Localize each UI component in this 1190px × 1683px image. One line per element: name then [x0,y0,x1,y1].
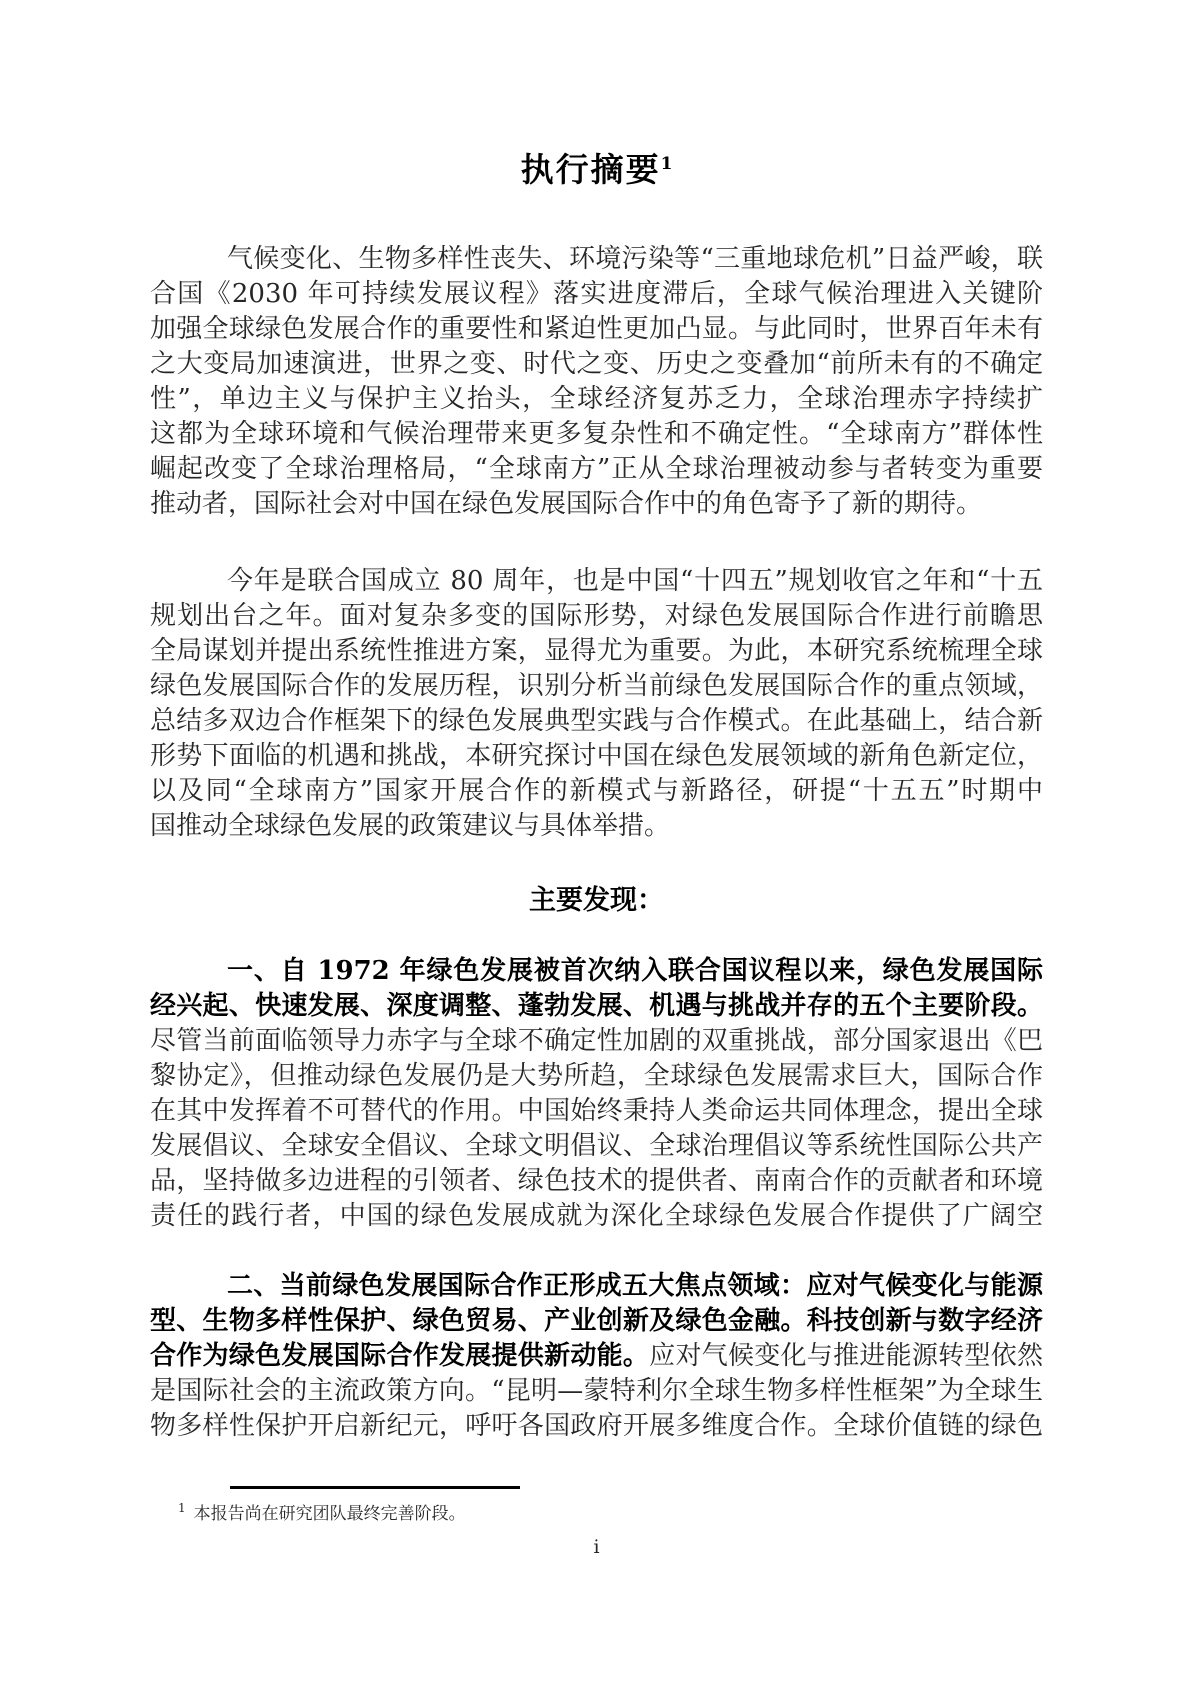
footnote: 1本报告尚在研究团队最终完善阶段。 [150,1501,1043,1527]
text-line: 崛起改变了全球治理格局，“全球南方”正从全球治理被动参与者转变为重要 [150,452,1043,487]
text-line: 形势下面临的机遇和挑战，本研究探讨中国在绿色发展领域的新角色新定位， [150,739,1043,774]
footnote-text: 本报告尚在研究团队最终完善阶段。 [194,1504,466,1524]
text-line: 二、当前绿色发展国际合作正形成五大焦点领域：应对气候变化与能源转 [150,1269,1043,1304]
bold-text-segment: 合作为绿色发展国际合作发展提供新动能。 [150,1341,649,1371]
text-line: 黎协定》，但推动绿色发展仍是大势所趋，全球绿色发展需求巨大，国际合作 [150,1059,1043,1094]
page-number: i [150,1534,1043,1560]
bold-text-segment: 经兴起、快速发展、深度调整、蓬勃发展、机遇与挑战并存的五个主要阶段。 [150,991,1043,1021]
text-segment: 总结多双边合作框架下的绿色发展典型实践与合作模式。在此基础上，结合新 [150,706,1043,736]
text-segment: 崛起改变了全球治理格局，“全球南方”正从全球治理被动参与者转变为重要 [150,454,1043,484]
document-page: { "title": { "text": "执行摘要", "footnote_r… [0,0,1190,1683]
text-line: 品，坚持做多边进程的引领者、绿色技术的提供者、南南合作的贡献者和环境 [150,1164,1043,1199]
text-line: 规划出台之年。面对复杂多变的国际形势，对绿色发展国际合作进行前瞻思考、 [150,599,1043,634]
bold-text-segment: 二、当前绿色发展国际合作正形成五大焦点领域：应对气候变化与能源转 [150,1271,1043,1304]
text-segment: 物多样性保护开启新纪元，呼吁各国政府开展多维度合作。全球价值链的绿色 [150,1411,1043,1441]
text-line: 性”，单边主义与保护主义抬头，全球经济复苏乏力，全球治理赤字持续扩大， [150,382,1043,417]
text-line: 绿色发展国际合作的发展历程，识别分析当前绿色发展国际合作的重点领域， [150,669,1043,704]
text-line: 物多样性保护开启新纪元，呼吁各国政府开展多维度合作。全球价值链的绿色 [150,1409,1043,1444]
text-segment: 发展倡议、全球安全倡议、全球文明倡议、全球治理倡议等系统性国际公共产 [150,1131,1043,1161]
bold-text-segment: 型、生物多样性保护、绿色贸易、产业创新及绿色金融。科技创新与数字经济 [150,1306,1043,1336]
text-segment: 黎协定》，但推动绿色发展仍是大势所趋，全球绿色发展需求巨大，国际合作 [150,1061,1043,1091]
text-line: 推动者，国际社会对中国在绿色发展国际合作中的角色寄予了新的期待。 [150,487,1043,522]
text-segment: 绿色发展国际合作的发展历程，识别分析当前绿色发展国际合作的重点领域， [150,671,1043,701]
text-segment: 尽管当前面临领导力赤字与全球不确定性加剧的双重挑战，部分国家退出《巴 [150,1026,1043,1056]
text-segment: 今年是联合国成立 80 周年，也是中国“十四五”规划收官之年和“十五五” [150,566,1043,599]
text-line: 全局谋划并提出系统性推进方案，显得尤为重要。为此，本研究系统梳理全球 [150,634,1043,669]
text-line: 今年是联合国成立 80 周年，也是中国“十四五”规划收官之年和“十五五” [150,564,1043,599]
text-line: 合作为绿色发展国际合作发展提供新动能。应对气候变化与推进能源转型依然 [150,1339,1043,1374]
text-line: 尽管当前面临领导力赤字与全球不确定性加剧的双重挑战，部分国家退出《巴 [150,1024,1043,1059]
text-line: 经兴起、快速发展、深度调整、蓬勃发展、机遇与挑战并存的五个主要阶段。 [150,989,1043,1024]
text-line: 国推动全球绿色发展的政策建议与具体举措。 [150,809,1043,844]
paragraph-finding-2: 二、当前绿色发展国际合作正形成五大焦点领域：应对气候变化与能源转型、生物多样性保… [150,1269,1043,1444]
text-segment: 规划出台之年。面对复杂多变的国际形势，对绿色发展国际合作进行前瞻思考、 [150,601,1043,634]
text-line: 是国际社会的主流政策方向。“昆明—蒙特利尔全球生物多样性框架”为全球生 [150,1374,1043,1409]
paragraph-intro-research: 今年是联合国成立 80 周年，也是中国“十四五”规划收官之年和“十五五”规划出台… [150,564,1043,844]
text-line: 发展倡议、全球安全倡议、全球文明倡议、全球治理倡议等系统性国际公共产 [150,1129,1043,1164]
text-segment: 以及同“全球南方”国家开展合作的新模式与新路径，研提“十五五”时期中 [150,776,1043,806]
text-line: 责任的践行者，中国的绿色发展成就为深化全球绿色发展合作提供了广阔空间。 [150,1199,1043,1234]
paragraph-finding-1: 一、自 1972 年绿色发展被首次纳入联合国议程以来，绿色发展国际合作历经兴起、… [150,954,1043,1234]
text-line: 在其中发挥着不可替代的作用。中国始终秉持人类命运共同体理念，提出全球 [150,1094,1043,1129]
text-segment: 气候变化、生物多样性丧失、环境污染等“三重地球危机”日益严峻，联 [227,244,1043,274]
page-title: 执行摘要1 [150,149,1043,191]
key-findings-heading: 主要发现： [150,883,1043,918]
text-line: 之大变局加速演进，世界之变、时代之变、历史之变叠加“前所未有的不确定 [150,347,1043,382]
footnote-separator [230,1486,520,1489]
title-footnote-ref: 1 [661,154,673,174]
text-line: 气候变化、生物多样性丧失、环境污染等“三重地球危机”日益严峻，联 [150,242,1043,277]
footnote-marker: 1 [178,1501,186,1515]
text-segment: 形势下面临的机遇和挑战，本研究探讨中国在绿色发展领域的新角色新定位， [150,741,1043,771]
text-segment: 全局谋划并提出系统性推进方案，显得尤为重要。为此，本研究系统梳理全球 [150,636,1043,666]
text-segment: 这都为全球环境和气候治理带来更多复杂性和不确定性。“全球南方”群体性 [150,419,1043,449]
text-segment: 国推动全球绿色发展的政策建议与具体举措。 [150,811,670,841]
text-segment: 合国《2030 年可持续发展议程》落实进度滞后，全球气候治理进入关键阶段， [150,279,1043,312]
text-line: 合国《2030 年可持续发展议程》落实进度滞后，全球气候治理进入关键阶段， [150,277,1043,312]
text-line: 一、自 1972 年绿色发展被首次纳入联合国议程以来，绿色发展国际合作历 [150,954,1043,989]
page-title-text: 执行摘要 [521,150,661,189]
text-segment: 品，坚持做多边进程的引领者、绿色技术的提供者、南南合作的贡献者和环境 [150,1166,1043,1196]
text-segment: 应对气候变化与推进能源转型依然 [649,1341,1043,1371]
text-segment: 推动者，国际社会对中国在绿色发展国际合作中的角色寄予了新的期待。 [150,489,982,519]
text-segment: 在其中发挥着不可替代的作用。中国始终秉持人类命运共同体理念，提出全球 [150,1096,1043,1126]
text-segment: 是国际社会的主流政策方向。“昆明—蒙特利尔全球生物多样性框架”为全球生 [150,1376,1043,1406]
text-line: 这都为全球环境和气候治理带来更多复杂性和不确定性。“全球南方”群体性 [150,417,1043,452]
text-segment: 加强全球绿色发展合作的重要性和紧迫性更加凸显。与此同时，世界百年未有 [150,314,1043,344]
text-line: 总结多双边合作框架下的绿色发展典型实践与合作模式。在此基础上，结合新 [150,704,1043,739]
page-content: 执行摘要1 气候变化、生物多样性丧失、环境污染等“三重地球危机”日益严峻，联合国… [150,0,1043,1527]
text-segment: 性”，单边主义与保护主义抬头，全球经济复苏乏力，全球治理赤字持续扩大， [150,384,1043,417]
text-line: 加强全球绿色发展合作的重要性和紧迫性更加凸显。与此同时，世界百年未有 [150,312,1043,347]
bold-text-segment: 一、自 1972 年绿色发展被首次纳入联合国议程以来，绿色发展国际合作历 [150,956,1043,989]
text-line: 型、生物多样性保护、绿色贸易、产业创新及绿色金融。科技创新与数字经济 [150,1304,1043,1339]
text-segment: 之大变局加速演进，世界之变、时代之变、历史之变叠加“前所未有的不确定 [150,349,1043,379]
text-segment: 责任的践行者，中国的绿色发展成就为深化全球绿色发展合作提供了广阔空间。 [150,1201,1043,1234]
text-line: 以及同“全球南方”国家开展合作的新模式与新路径，研提“十五五”时期中 [150,774,1043,809]
paragraph-intro-crisis: 气候变化、生物多样性丧失、环境污染等“三重地球危机”日益严峻，联合国《2030 … [150,242,1043,522]
